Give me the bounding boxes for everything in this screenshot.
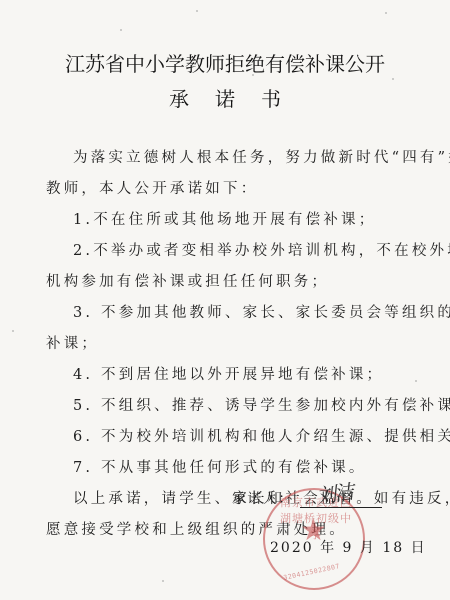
scan-speck [196,10,198,12]
body-line: 教师，本人公开承诺如下： [46,177,258,198]
body-line: 5. 不组织、推荐、诱导学生参加校内外有偿补课； [73,394,450,415]
body-line: 为落实立德树人根本任务，努力做新时代“四有”好 [73,146,450,167]
body-line: 1.不在住所或其他场地开展有偿补课； [73,208,376,229]
document-page: 江苏省中小学教师拒绝有偿补课公开 承诺书 为落实立德树人根本任务，努力做新时代“… [0,0,450,600]
document-subtitle: 承诺书 [0,83,450,112]
body-line: 4. 不到居住地以外开展异地有偿补课； [73,363,384,384]
body-line: 2.不举办或者变相举办校外培训机构，不在校外培训 [73,239,450,260]
handwritten-signature: 刘洁 [314,476,354,510]
body-line: 3. 不参加其他教师、家长、家长委员会等组织的有偿 [73,301,450,322]
body-line: 机构参加有偿补课或担任任何职务； [46,270,329,291]
signing-date: 2020 年 9 月 18 日 [270,537,427,557]
scan-speck [162,580,164,582]
scan-speck [385,12,387,14]
scan-speck [12,330,14,332]
scan-speck [392,78,394,80]
body-line: 7. 不从事其他任何形式的有偿补课。 [73,456,367,477]
document-title: 江苏省中小学教师拒绝有偿补课公开 [0,48,450,77]
body-line: 6. 不为校外培训机构和他人介绍生源、提供相关信息； [73,425,450,446]
scan-speck [415,380,417,382]
scan-speck [120,29,122,31]
body-line: 补课； [46,332,99,353]
signatory-label: 承诺人： [232,487,294,507]
signature-underline [300,507,382,508]
